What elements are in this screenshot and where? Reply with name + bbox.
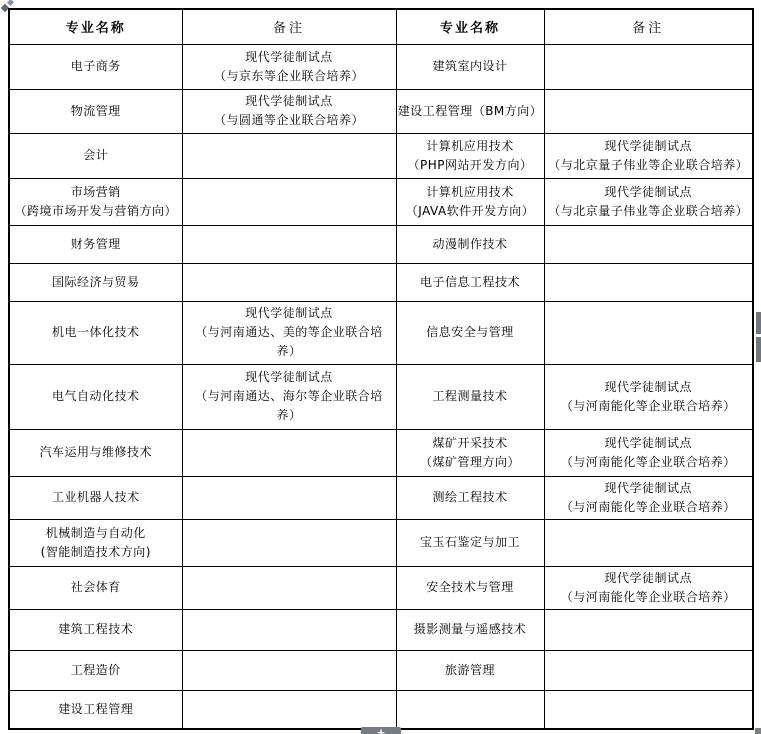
header-row: 专业名称 备注 专业名称 备注 — [9, 9, 753, 44]
major-name-cell: 信息安全与管理 — [396, 301, 544, 364]
remark-cell: 现代学徒制试点 （与河南能化等企业联合培养） — [544, 364, 753, 429]
remark-cell — [544, 44, 753, 89]
major-name-cell: 市场营销 （跨境市场开发与营销方向） — [9, 178, 182, 225]
major-name-cell: 电子信息工程技术 — [396, 263, 544, 301]
major-name-cell: 电气自动化技术 — [9, 364, 182, 429]
remark-cell — [544, 609, 753, 650]
table-row: 电气自动化技术现代学徒制试点 （与河南通达、海尔等企业联合培 养）工程测量技术现… — [9, 364, 753, 429]
remark-cell — [544, 650, 753, 690]
remark-cell: 现代学徒制试点 （与河南能化等企业联合培养） — [544, 476, 753, 519]
major-name-cell: 机电一体化技术 — [9, 301, 182, 364]
remark-cell: 现代学徒制试点 （与京东等企业联合培养） — [182, 44, 396, 89]
remark-cell: 现代学徒制试点 （与河南通达、美的等企业联合培 养） — [182, 301, 396, 364]
major-name-cell: 煤矿开采技术 （煤矿管理方向） — [396, 429, 544, 476]
remark-cell — [182, 476, 396, 519]
major-name-cell: 动漫制作技术 — [396, 225, 544, 263]
major-name-cell: 宝玉石鉴定与加工 — [396, 519, 544, 566]
remark-cell — [544, 263, 753, 301]
majors-table: 专业名称 备注 专业名称 备注 电子商务现代学徒制试点 （与京东等企业联合培养）… — [8, 8, 754, 730]
major-name-cell: 社会体育 — [9, 566, 182, 609]
major-name-cell: 测绘工程技术 — [396, 476, 544, 519]
remark-cell: 现代学徒制试点 （与河南通达、海尔等企业联合培 养） — [182, 364, 396, 429]
remark-cell: 现代学徒制试点 （与圆通等企业联合培养） — [182, 89, 396, 133]
table-body: 电子商务现代学徒制试点 （与京东等企业联合培养）建筑室内设计物流管理现代学徒制试… — [9, 44, 753, 729]
major-name-cell: 工业机器人技术 — [9, 476, 182, 519]
majors-table-container: 专业名称 备注 专业名称 备注 电子商务现代学徒制试点 （与京东等企业联合培养）… — [8, 8, 754, 730]
remark-cell — [182, 225, 396, 263]
remark-cell — [182, 609, 396, 650]
major-name-cell: 建筑室内设计 — [396, 44, 544, 89]
major-name-cell: 国际经济与贸易 — [9, 263, 182, 301]
remark-cell — [544, 225, 753, 263]
table-row: 财务管理动漫制作技术 — [9, 225, 753, 263]
major-name-cell: 安全技术与管理 — [396, 566, 544, 609]
table-row: 工程造价旅游管理 — [9, 650, 753, 690]
column-header-remark-right: 备注 — [544, 9, 753, 44]
table-row: 市场营销 （跨境市场开发与营销方向）计算机应用技术 （JAVA软件开发方向）现代… — [9, 178, 753, 225]
major-name-cell: 财务管理 — [9, 225, 182, 263]
remark-cell — [182, 650, 396, 690]
remark-cell — [544, 89, 753, 133]
major-name-cell: 建设工程管理（BM方向） — [396, 89, 544, 133]
major-name-cell — [396, 690, 544, 729]
major-name-cell: 工程测量技术 — [396, 364, 544, 429]
table-row: 建筑工程技术摄影测量与遥感技术 — [9, 609, 753, 650]
major-name-cell: 旅游管理 — [396, 650, 544, 690]
scrollbar-thumb[interactable] — [756, 312, 761, 362]
table-row: 机械制造与自动化 (智能制造技术方向)宝玉石鉴定与加工 — [9, 519, 753, 566]
table-row: 物流管理现代学徒制试点 （与圆通等企业联合培养）建设工程管理（BM方向） — [9, 89, 753, 133]
major-name-cell: 计算机应用技术 （PHP网站开发方向） — [396, 133, 544, 178]
remark-cell — [182, 429, 396, 476]
remark-cell — [182, 133, 396, 178]
scrollbar-corner — [755, 728, 761, 734]
major-name-cell: 建设工程管理 — [9, 690, 182, 729]
major-name-cell: 会计 — [9, 133, 182, 178]
table-row: 汽车运用与维修技术煤矿开采技术 （煤矿管理方向）现代学徒制试点 （与河南能化等企… — [9, 429, 753, 476]
remark-cell: 现代学徒制试点 （与河南能化等企业联合培养） — [544, 566, 753, 609]
scrollbar-thumb-notch — [756, 334, 761, 337]
table-row: 电子商务现代学徒制试点 （与京东等企业联合培养）建筑室内设计 — [9, 44, 753, 89]
remark-cell: 现代学徒制试点 （与北京量子伟业等企业联合培养） — [544, 133, 753, 178]
major-name-cell: 物流管理 — [9, 89, 182, 133]
remark-cell — [182, 178, 396, 225]
table-row: 建设工程管理 — [9, 690, 753, 729]
table-row: 工业机器人技术测绘工程技术现代学徒制试点 （与河南能化等企业联合培养） — [9, 476, 753, 519]
remark-cell — [182, 566, 396, 609]
major-name-cell: 摄影测量与遥感技术 — [396, 609, 544, 650]
remark-cell — [544, 301, 753, 364]
column-header-major-left: 专业名称 — [9, 9, 182, 44]
column-header-remark-left: 备注 — [182, 9, 396, 44]
table-row: 国际经济与贸易电子信息工程技术 — [9, 263, 753, 301]
remark-cell — [544, 519, 753, 566]
remark-cell — [182, 263, 396, 301]
remark-cell — [182, 690, 396, 729]
table-row: 社会体育安全技术与管理现代学徒制试点 （与河南能化等企业联合培养） — [9, 566, 753, 609]
major-name-cell: 计算机应用技术 （JAVA软件开发方向） — [396, 178, 544, 225]
table-row: 机电一体化技术现代学徒制试点 （与河南通达、美的等企业联合培 养）信息安全与管理 — [9, 301, 753, 364]
resize-handle-part — [7, 0, 14, 6]
column-header-major-right: 专业名称 — [396, 9, 544, 44]
remark-cell: 现代学徒制试点 （与北京量子伟业等企业联合培养） — [544, 178, 753, 225]
major-name-cell: 建筑工程技术 — [9, 609, 182, 650]
major-name-cell: 电子商务 — [9, 44, 182, 89]
major-name-cell: 机械制造与自动化 (智能制造技术方向) — [9, 519, 182, 566]
add-button[interactable]: + — [361, 727, 401, 734]
major-name-cell: 汽车运用与维修技术 — [9, 429, 182, 476]
remark-cell — [182, 519, 396, 566]
remark-cell — [544, 690, 753, 729]
remark-cell: 现代学徒制试点 （与河南能化等企业联合培养） — [544, 429, 753, 476]
major-name-cell: 工程造价 — [9, 650, 182, 690]
table-row: 会计计算机应用技术 （PHP网站开发方向）现代学徒制试点 （与北京量子伟业等企业… — [9, 133, 753, 178]
